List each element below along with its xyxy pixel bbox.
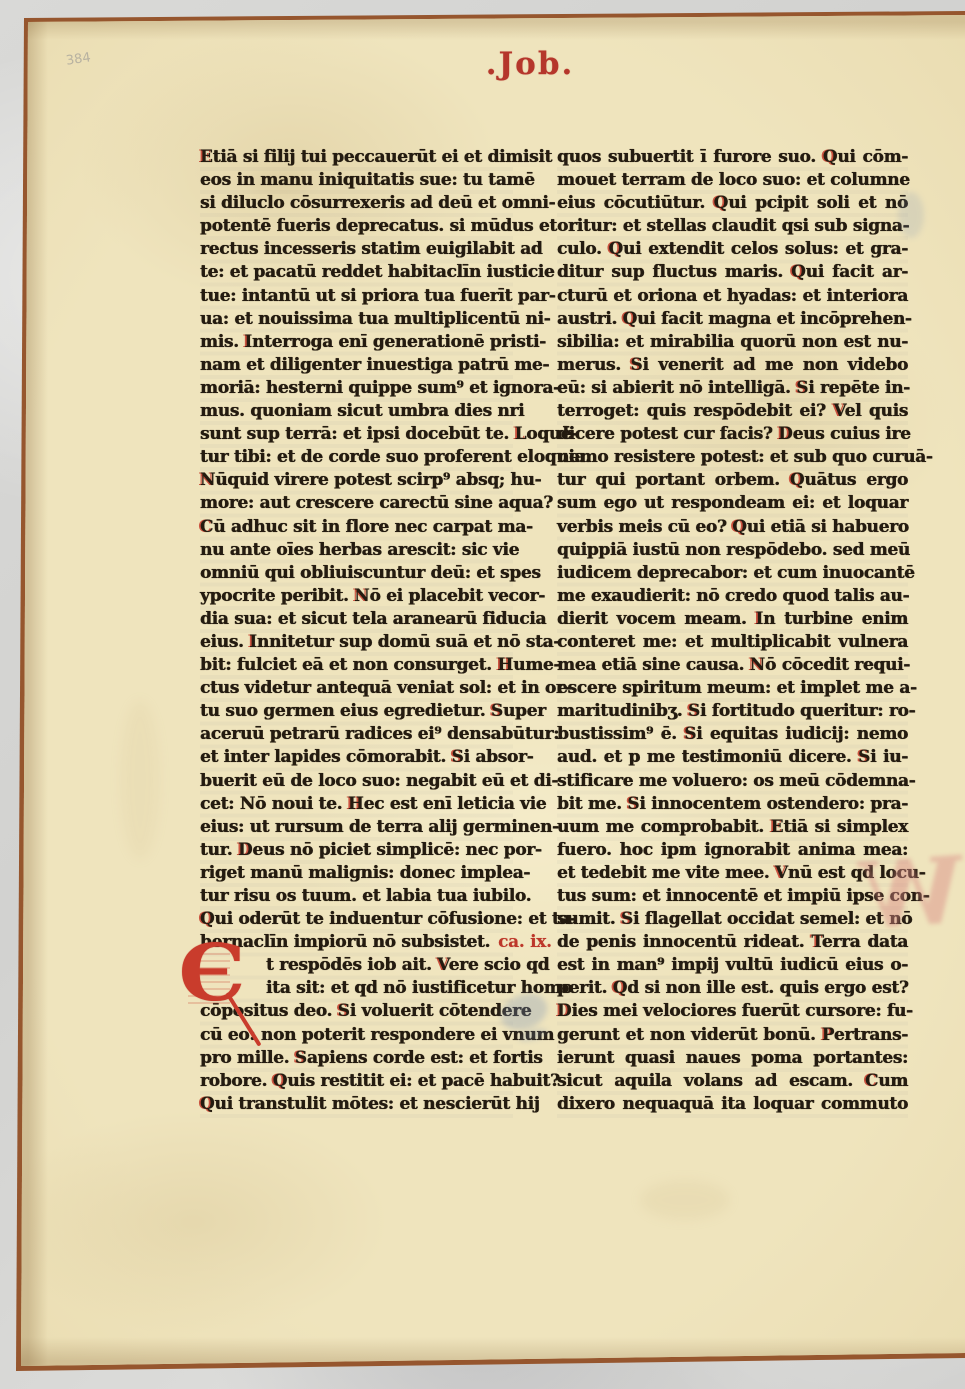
text-line: mis. Interroga enī generationē pristi- — [200, 331, 513, 354]
text-line: Qui oderūt te induentur cōfusione: et ta… — [200, 908, 513, 931]
text-line: nam et diligenter inuestiga patrū me- — [200, 354, 513, 377]
vellum-stain — [120, 700, 160, 860]
text-line: quos subuertit ī furore suo. Qui cōm- — [557, 146, 908, 169]
text-line: tu suo germen eius egredietur. Super — [200, 700, 513, 723]
text-line: merus. Si venerit ad me non videbo — [557, 354, 908, 377]
text-line: potentē fueris deprecatus. si mūdus et — [200, 215, 513, 238]
chapter-initial: Є — [181, 941, 251, 1041]
text-line: Qui transtulit mōtes: et nescierūt hij — [200, 1093, 513, 1116]
text-line: nemo resistere potest: et sub quo curuā- — [557, 446, 908, 469]
text-line: Cū adhuc sit in flore nec carpat ma- — [200, 516, 513, 539]
blue-smudge — [898, 192, 924, 238]
text-line: ditur sup fluctus maris. Qui facit ar- — [557, 261, 908, 284]
text-column-right: quos subuertit ī furore suo. Qui cōm-mou… — [557, 146, 908, 1116]
text-line: oritur: et stellas claudit qsi sub signa… — [557, 215, 908, 238]
text-line: ctus videtur antequā veniat sol: et in o… — [200, 677, 513, 700]
text-line: quippiā iustū non respōdebo. sed meū — [557, 539, 908, 562]
text-line: culo. Qui extendit celos solus: et gra- — [557, 238, 908, 261]
text-line: perit. Qd si non ille est. quis ergo est… — [557, 977, 908, 1000]
text-line: riget manū malignis: donec implea- — [200, 862, 513, 885]
text-line: cturū et oriona et hyadas: et interiora — [557, 285, 908, 308]
text-line: iudicem deprecabor: et cum inuocantē — [557, 562, 908, 585]
text-line: sumit. Si flagellat occidat semel: et nō — [557, 908, 908, 931]
text-line: mea etiā sine causa. Nō cōcedit requi- — [557, 654, 908, 677]
red-initial-showthrough: W — [888, 836, 965, 961]
text-line: bustissim⁹ ē. Si equitas iudicij: nemo — [557, 723, 908, 746]
lombardic-initial-e: Є — [179, 935, 246, 1013]
text-line: maritudinibʒ. Si fortitudo queritur: ro- — [557, 700, 908, 723]
text-line: rectus incesseris statim euigilabit ad — [200, 238, 513, 261]
text-line: Etiā si filij tui peccauerūt ei et dimis… — [200, 146, 513, 169]
text-line: ypocrite peribit. Nō ei placebit vecor- — [200, 585, 513, 608]
text-line: dicere potest cur facis? Deus cuius ire — [557, 423, 908, 446]
text-line: aceruū petrarū radices ei⁹ densabūtur: — [200, 723, 513, 746]
text-line: Nūquid virere potest scirp⁹ absq; hu- — [200, 469, 513, 492]
text-line: dierit vocem meam. In turbine enim — [557, 608, 908, 631]
text-line: Dies mei velociores fuerūt cursore: fu- — [557, 1000, 908, 1023]
text-line: de penis innocentū rideat. Terra data — [557, 931, 908, 954]
text-line: dixero nequaquā ita loquar commuto — [557, 1093, 908, 1116]
text-line: robore. Quis restitit ei: et pacē habuit… — [200, 1070, 513, 1093]
text-line: moriā: hesterni quippe sum⁹ et ignora- — [200, 377, 513, 400]
text-line: sicut aquila volans ad escam. Cum — [557, 1070, 908, 1093]
text-line: gerunt et non viderūt bonū. Pertrans- — [557, 1024, 908, 1047]
text-line: fuero. hoc ipm ignorabit anima mea: — [557, 839, 908, 862]
text-line: austri. Qui facit magna et incōprehen- — [557, 308, 908, 331]
text-line: dia sua: et sicut tela aranearū fiducia — [200, 608, 513, 631]
text-line: conteret me: et multiplicabit vulnera — [557, 631, 908, 654]
text-line: et tedebit me vite mee. Vnū est qd locu- — [557, 862, 908, 885]
text-line: cet: Nō noui te. Hec est enī leticia vie — [200, 793, 513, 816]
text-line: bit: fulciet eā et non consurget. Hume- — [200, 654, 513, 677]
text-line: verbis meis cū eo? Qui etiā si habuero — [557, 516, 908, 539]
text-line: sum ego ut respondeam ei: et loquar — [557, 492, 908, 515]
text-line: mus. quoniam sicut umbra dies nri — [200, 400, 513, 423]
text-line: eius. Innitetur sup domū suā et nō sta- — [200, 631, 513, 654]
text-line: me exaudierit: nō credo quod talis au- — [557, 585, 908, 608]
text-line: uum me comprobabit. Etiā si simplex — [557, 816, 908, 839]
text-line: eū: si abierit nō intelligā. Si repēte i… — [557, 377, 908, 400]
text-line: tur. Deus nō piciet simplicē: nec por- — [200, 839, 513, 862]
vellum-stain — [640, 1180, 730, 1220]
text-line: tur risu os tuum. et labia tua iubilo. — [200, 885, 513, 908]
running-header-job: .Job. — [390, 46, 670, 82]
text-line: tus sum: et innocentē et impiū ipse con- — [557, 885, 908, 908]
text-line: si diluclo cōsurrexeris ad deū et omni- — [200, 192, 513, 215]
text-line: buerit eū de loco suo: negabit eū et di- — [200, 770, 513, 793]
text-line: sunt sup terrā: et ipsi docebūt te. Loqu… — [200, 423, 513, 446]
text-line: est in man⁹ impij vultū iudicū eius o- — [557, 954, 908, 977]
text-line: et inter lapides cōmorabit. Si absor- — [200, 746, 513, 769]
text-line: tue: intantū ut si priora tua fuerīt par… — [200, 285, 513, 308]
text-line: escere spiritum meum: et implet me a- — [557, 677, 908, 700]
text-line: pro mille. Sapiens corde est: et fortis — [200, 1047, 513, 1070]
chapter-marker: ca. ix. — [490, 932, 552, 952]
text-line: eos in manu iniquitatis sue: tu tamē — [200, 169, 513, 192]
manuscript-scan: 384 .Job. Etiā si filij tui peccauerūt e… — [0, 0, 965, 1389]
text-line: aud. et p me testimoniū dicere. Si iu- — [557, 746, 908, 769]
text-line: mouet terram de loco suo: et columne — [557, 169, 908, 192]
text-line: sibilia: et mirabilia quorū non est nu- — [557, 331, 908, 354]
text-line: nu ante oīes herbas arescit: sic vie — [200, 539, 513, 562]
text-line: te: et pacatū reddet habitaclīn iusticie — [200, 261, 513, 284]
text-line: ua: et nouissima tua multiplicentū ni- — [200, 308, 513, 331]
text-line: omniū qui obliuiscuntur deū: et spes — [200, 562, 513, 585]
text-line: tur tibi: et de corde suo proferent eloq… — [200, 446, 513, 469]
text-line: eius: ut rursum de terra alij germinen- — [200, 816, 513, 839]
text-line: eius cōcutiūtur. Qui pcipit soli et nō — [557, 192, 908, 215]
text-line: stificare me voluero: os meū cōdemna- — [557, 770, 908, 793]
text-line: ierunt quasi naues poma portantes: — [557, 1047, 908, 1070]
text-line: bit me. Si innocentem ostendero: pra- — [557, 793, 908, 816]
text-line: more: aut crescere carectū sine aqua? — [200, 492, 513, 515]
text-line: terroget: quis respōdebit ei? Vel quis — [557, 400, 908, 423]
text-line: tur qui portant orbem. Quātus ergo — [557, 469, 908, 492]
